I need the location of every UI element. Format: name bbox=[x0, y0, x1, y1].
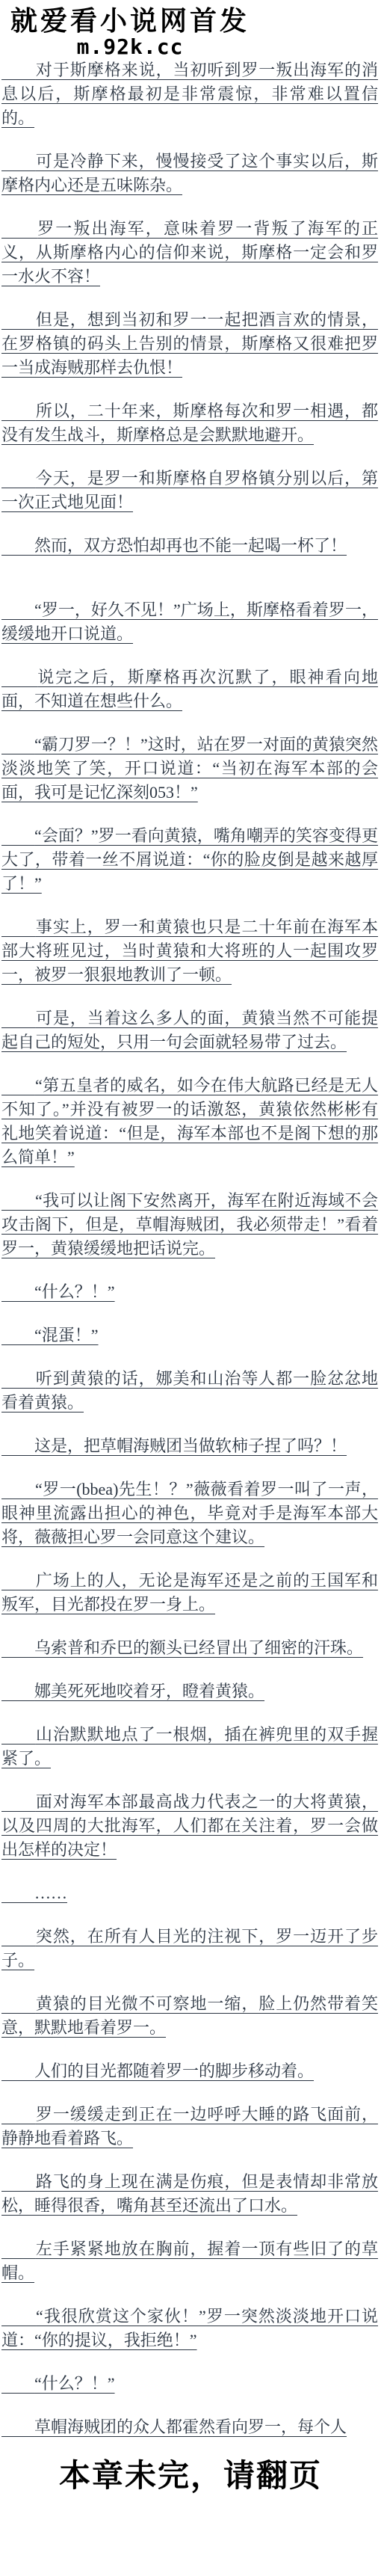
paragraph: “会面？”罗一看向黄猿，嘴角嘲弄的笑容变得更大了，带着一丝不屑说道：“你的脸皮倒… bbox=[1, 824, 378, 896]
paragraph: 面对海军本部最高战力代表之一的大将黄猿，以及四周的大批海军，人们都在关注着，罗一… bbox=[1, 1790, 378, 1862]
paragraph: 罗一缓缓走到正在一边呼呼大睡的路飞面前，静静地看着路飞。 bbox=[1, 2103, 378, 2151]
paragraph: 人们的目光都随着罗一的脚步移动着。 bbox=[1, 2059, 378, 2083]
paragraph: 对于斯摩格来说，当初听到罗一叛出海军的消息以后，斯摩格最初是非常震惊，非常难以置… bbox=[1, 58, 378, 130]
paragraph: 草帽海贼团的众人都霍然看向罗一，每个人 bbox=[1, 2415, 378, 2439]
paragraph: “我很欣赏这个家伙！”罗一突然淡淡地开口说道：“你的提议，我拒绝！” bbox=[1, 2305, 378, 2352]
paragraph: 娜美死死地咬着牙，瞪着黄猿。 bbox=[1, 1679, 378, 1703]
paragraph: 突然，在所有人目光的注视下，罗一迈开了步子。 bbox=[1, 1925, 378, 1973]
paragraph: “什么？！” bbox=[1, 1280, 378, 1304]
paragraph: “混蛋！” bbox=[1, 1324, 378, 1347]
paragraph: “什么？！” bbox=[1, 2372, 378, 2396]
paragraph: “罗一，好久不见！”广场上，斯摩格看着罗一，缓缓地开口说道。 bbox=[1, 598, 378, 646]
paragraph: “霸刀罗一？！”这时，站在罗一对面的黄猿突然淡淡地笑了笑，开口说道：“当初在海军… bbox=[1, 733, 378, 805]
paragraph: 左手紧紧地放在胸前，握着一顶有些旧了的草帽。 bbox=[1, 2237, 378, 2285]
paragraph: 但是，想到当初和罗一一起把酒言欢的情景，在罗格镇的码头上告别的情景，斯摩格又很难… bbox=[1, 308, 378, 380]
paragraph: “我可以让阁下安然离开，海军在附近海域不会攻击阁下，但是，草帽海贼团，我必须带走… bbox=[1, 1189, 378, 1261]
paragraph: 事实上，罗一和黄猿也只是二十年前在海军本部大将班见过，当时黄猿和大将班的人一起围… bbox=[1, 915, 378, 987]
paragraph: 说完之后，斯摩格再次沉默了，眼神看向地面，不知道在想些什么。 bbox=[1, 665, 378, 713]
turn-page-notice[interactable]: 本章未完，请翻页 bbox=[0, 2459, 381, 2493]
paragraph: 然而，双方恐怕却再也不能一起喝一杯了！ bbox=[1, 534, 378, 558]
paragraph: 广场上的人，无论是海军还是之前的王国军和叛军，目光都投在罗一身上。 bbox=[1, 1569, 378, 1617]
paragraph: 路飞的身上现在满是伤痕，但是表情却非常放松，睡得很香，嘴角甚至还流出了口水。 bbox=[1, 2170, 378, 2218]
chapter-text-body: 对于斯摩格来说，当初听到罗一叛出海军的消息以后，斯摩格最初是非常震惊，非常难以置… bbox=[0, 58, 381, 2439]
paragraph: 可是冷静下来，慢慢接受了这个事实以后，斯摩格内心还是五味陈杂。 bbox=[1, 150, 378, 197]
paragraph: 这是，把草帽海贼团当做软柿子捏了吗？！ bbox=[1, 1434, 378, 1458]
novel-reader-page: { "header": { "site_name": "就爱看小说网首发", "… bbox=[0, 4, 381, 2493]
paragraph: 所以，二十年来，斯摩格每次和罗一相遇，都没有发生战斗，斯摩格总是会默默地避开。 bbox=[1, 399, 378, 447]
site-watermark-header: 就爱看小说网首发 m.92k.cc bbox=[3, 4, 257, 57]
paragraph: 黄猿的目光微不可察地一缩，脸上仍然带着笑意，默默地看着罗一。 bbox=[1, 1992, 378, 2040]
paragraph: “第五皇者的威名，如今在伟大航路已经是无人不知了。”并没有被罗一的话激怒，黄猿依… bbox=[1, 1074, 378, 1169]
paragraph: 可是，当着这么多人的面，黄猿当然不可能提起自己的短处，只用一句会面就轻易带了过去… bbox=[1, 1006, 378, 1054]
paragraph: …… bbox=[1, 1881, 378, 1905]
paragraph: “罗一(bbea)先生！？”薇薇看着罗一叫了一声，眼神里流露出担心的神色，毕竟对… bbox=[1, 1478, 378, 1549]
paragraph: 乌索普和乔巴的额头已经冒出了细密的汗珠。 bbox=[1, 1636, 378, 1660]
paragraph: 听到黄猿的话，娜美和山治等人都一脸忿忿地看着黄猿。 bbox=[1, 1367, 378, 1415]
paragraph: 罗一叛出海军，意味着罗一背叛了海军的正义，从斯摩格内心的信仰来说，斯摩格一定会和… bbox=[1, 217, 378, 289]
paragraph: 今天，是罗一和斯摩格自罗格镇分别以后，第一次正式地见面！ bbox=[1, 467, 378, 514]
site-url: m.92k.cc bbox=[3, 37, 257, 57]
site-name: 就爱看小说网首发 bbox=[3, 4, 257, 37]
paragraph: 山治默默地点了一根烟，插在裤兜里的双手握紧了。 bbox=[1, 1723, 378, 1771]
